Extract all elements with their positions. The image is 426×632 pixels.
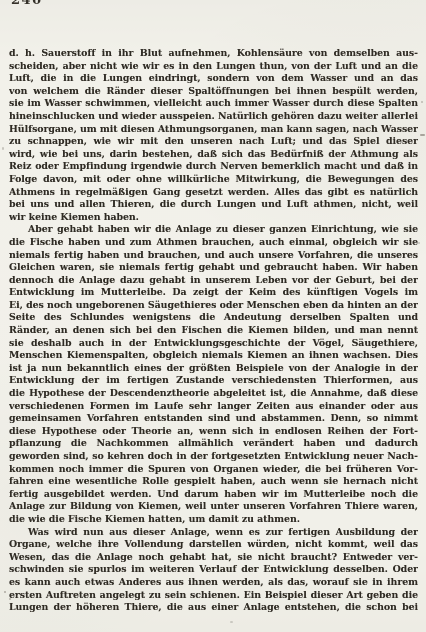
scan-speck (421, 101, 423, 103)
text-line: Entwicklung der im fertigen Zustande ver… (9, 375, 418, 388)
scan-speck (420, 134, 425, 136)
scan-speck (230, 621, 233, 623)
text-line: die Fische haben und zum Athmen brauchen… (9, 237, 418, 250)
text-line: Wesen, das die Anlage noch gehabt hat, s… (9, 552, 418, 565)
text-line: fahren eine wesentliche Rolle gespielt h… (9, 476, 418, 489)
text-line: sie deshalb auch in der Entwicklungsgesc… (9, 338, 418, 351)
text-line: Lungen der höheren Thiere, die aus einer… (9, 602, 418, 615)
text-line: wird, wie bei uns, darin bestehen, daß s… (9, 149, 418, 162)
text-line: die wie die Fische Kiemen hatten, um dam… (9, 514, 418, 527)
text-line: wir keine Kiemen haben. (9, 212, 418, 225)
text-line: d. h. Sauerstoff in ihr Blut aufnehmen, … (9, 48, 418, 61)
text-line: dennoch die Anlage dazu gehabt in unsere… (9, 275, 418, 288)
text-line: geworden sind, so kehren doch in der for… (9, 451, 418, 464)
text-line: ersten Auftreten angelegt zu sein schien… (9, 590, 418, 603)
book-page: 240 d. h. Sauerstoff in ihr Blut aufnehm… (0, 0, 426, 632)
text-line: es kann auch etwas Anderes aus ihnen wer… (9, 577, 418, 590)
text-line: Ränder, an denen sich bei den Fischen di… (9, 325, 418, 338)
text-line: Luft, die in die Lungen eindringt, sonde… (9, 73, 418, 86)
text-line: ist ja nun bekanntlich eines der größten… (9, 363, 418, 376)
text-line: gemeinsamen Vorfahren entstanden sind un… (9, 413, 418, 426)
text-line: fertig ausgebildet werden. Und darum hab… (9, 489, 418, 502)
text-line: die Hypothese der Descendenztheorie abge… (9, 388, 418, 401)
text-line: Folge davon, mit oder ohne willkürliche … (9, 174, 418, 187)
text-line: Seite des Schlundes wenigstens die Andeu… (9, 312, 418, 325)
text-line: Gleichen waren, sie niemals fertig gehab… (9, 262, 418, 275)
text-line: kommen noch immer die Spuren von Organen… (9, 464, 418, 477)
scan-speck (4, 591, 6, 593)
text-line: hineinschlucken und wieder ausspeien. Na… (9, 111, 418, 124)
text-line: Entwicklung im Mutterleibe. Da zeigt der… (9, 287, 418, 300)
text-line: zu schnappen, wie wir mit den unseren na… (9, 136, 418, 149)
page-number: 240 (11, 0, 43, 8)
text-line: sie im Wasser schwimmen, vielleicht auch… (9, 98, 418, 111)
page-body: d. h. Sauerstoff in ihr Blut aufnehmen, … (9, 48, 418, 615)
text-line: Menschen Kiemenspalten, obgleich niemals… (9, 350, 418, 363)
text-line: pflanzung die Nachkommen allmählich verä… (9, 438, 418, 451)
text-line: diese Hypothese oder Theorie an, wenn si… (9, 426, 418, 439)
text-line: niemals fertig haben und brauchen, und a… (9, 250, 418, 263)
scan-speck (418, 242, 420, 244)
scan-speck (2, 147, 4, 150)
text-line: Athmens in regelmäßigen Gang gesetzt wer… (9, 187, 418, 200)
text-line: Aber gehabt haben wir die Anlage zu dies… (9, 224, 418, 237)
text-line: Reiz oder Empfindung irgendwie durch Ner… (9, 161, 418, 174)
text-line: bei uns und allen Thieren, die durch Lun… (9, 199, 418, 212)
text-line: Was wird nun aus dieser Anlage, wenn es … (9, 527, 418, 540)
text-line: Anlage zur Bildung von Kiemen, weil unte… (9, 501, 418, 514)
text-line: schwinden sie spurlos im weiteren Verlau… (9, 564, 418, 577)
text-line: Ei, des noch ungeborenen Säugethieres od… (9, 300, 418, 313)
text-line: scheiden, aber nicht wie wir es in den L… (9, 61, 418, 74)
text-line: verschiedenen Formen im Laufe sehr lange… (9, 401, 418, 414)
text-line: Hülfsorgane, um mit diesen Athmungsorgan… (9, 124, 418, 137)
scan-speck (9, 598, 11, 600)
text-line: Organe, welche ihre Vollendung darstelle… (9, 539, 418, 552)
text-line: von welchem die Ränder dieser Spaltöffnu… (9, 86, 418, 99)
